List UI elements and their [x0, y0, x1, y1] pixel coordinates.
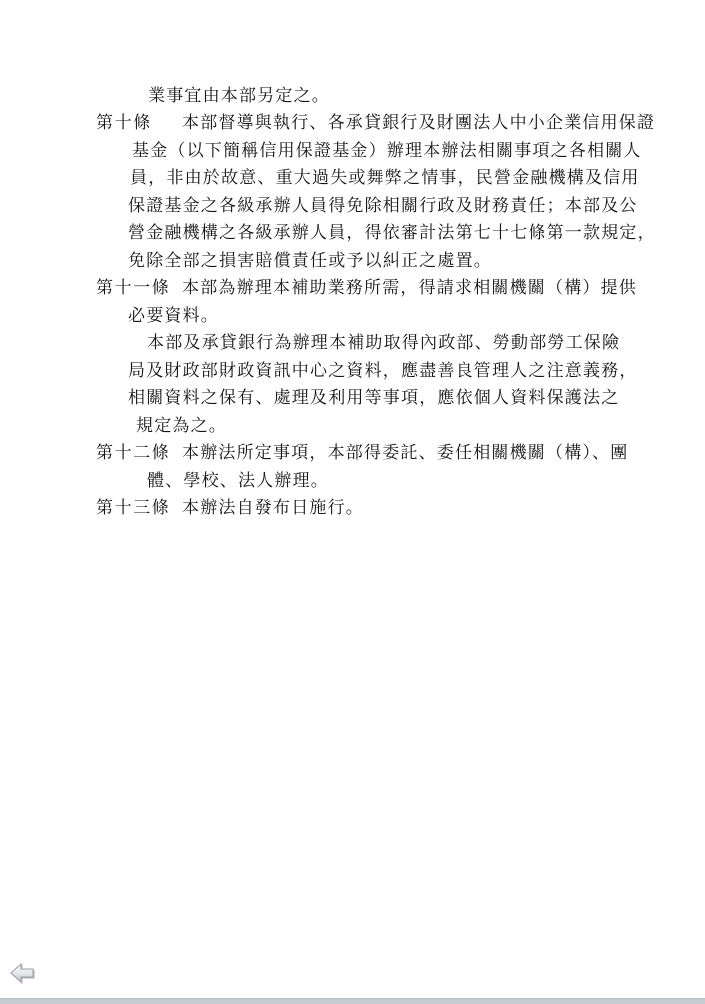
- text-line: 基金（以下簡稱信用保證基金）辦理本辦法相關事項之各相關人: [132, 141, 642, 161]
- text-line: 體、學校、法人辦理。: [147, 471, 329, 491]
- bottom-edge-bar: [0, 998, 705, 1004]
- document-text: 業事宜由本部另定之。 第十條本部督導與執行、各承貸銀行及財團法人中小企業信用保證…: [0, 0, 705, 1004]
- article-line: 第十二條本辦法所定事項，本部得委託、委任相關機關（構）、團: [96, 443, 629, 463]
- previous-page-button[interactable]: [8, 960, 38, 988]
- text-line: 必要資料。: [128, 306, 219, 326]
- document-page: 業事宜由本部另定之。 第十條本部督導與執行、各承貸銀行及財團法人中小企業信用保證…: [0, 0, 705, 1004]
- article-text: 本部為辦理本補助業務所需，得請求相關機關（構）提供: [182, 278, 637, 298]
- article-line: 第十條本部督導與執行、各承貸銀行及財團法人中小企業信用保證: [96, 113, 655, 133]
- article-text: 本部督導與執行、各承貸銀行及財團法人中小企業信用保證: [182, 113, 655, 133]
- text-line: 免除全部之損害賠償責任或予以糾正之處置。: [128, 251, 492, 271]
- text-line: 業事宜由本部另定之。: [148, 86, 330, 106]
- article-number: 第十二條: [96, 443, 182, 463]
- article-line: 第十三條本辦法自發布日施行。: [96, 498, 364, 518]
- article-text: 本辦法所定事項，本部得委託、委任相關機關（構）、團: [182, 443, 629, 463]
- article-line: 第十一條本部為辦理本補助業務所需，得請求相關機關（構）提供: [96, 278, 637, 298]
- text-line: 營金融機構之各級承辦人員，得依審計法第七十七條第一款規定，: [128, 223, 656, 243]
- article-text: 本辦法自發布日施行。: [182, 498, 364, 518]
- article-number: 第十三條: [96, 498, 182, 518]
- text-line: 員，非由於故意、重大過失或舞弊之情事，民營金融機構及信用: [130, 168, 640, 188]
- text-line: 本部及承貸銀行為辦理本補助取得內政部、勞動部勞工保險: [147, 333, 620, 353]
- text-line: 保證基金之各級承辦人員得免除相關行政及財務責任；本部及公: [128, 196, 638, 216]
- text-line: 規定為之。: [136, 416, 227, 436]
- text-line: 局及財政部財政資訊中心之資料，應盡善良管理人之注意義務，: [128, 361, 638, 381]
- text-line: 相關資料之保有、處理及利用等事項，應依個人資料保護法之: [128, 388, 619, 408]
- article-number: 第十一條: [96, 278, 182, 298]
- article-number: 第十條: [96, 113, 182, 133]
- back-arrow-icon: [10, 961, 36, 985]
